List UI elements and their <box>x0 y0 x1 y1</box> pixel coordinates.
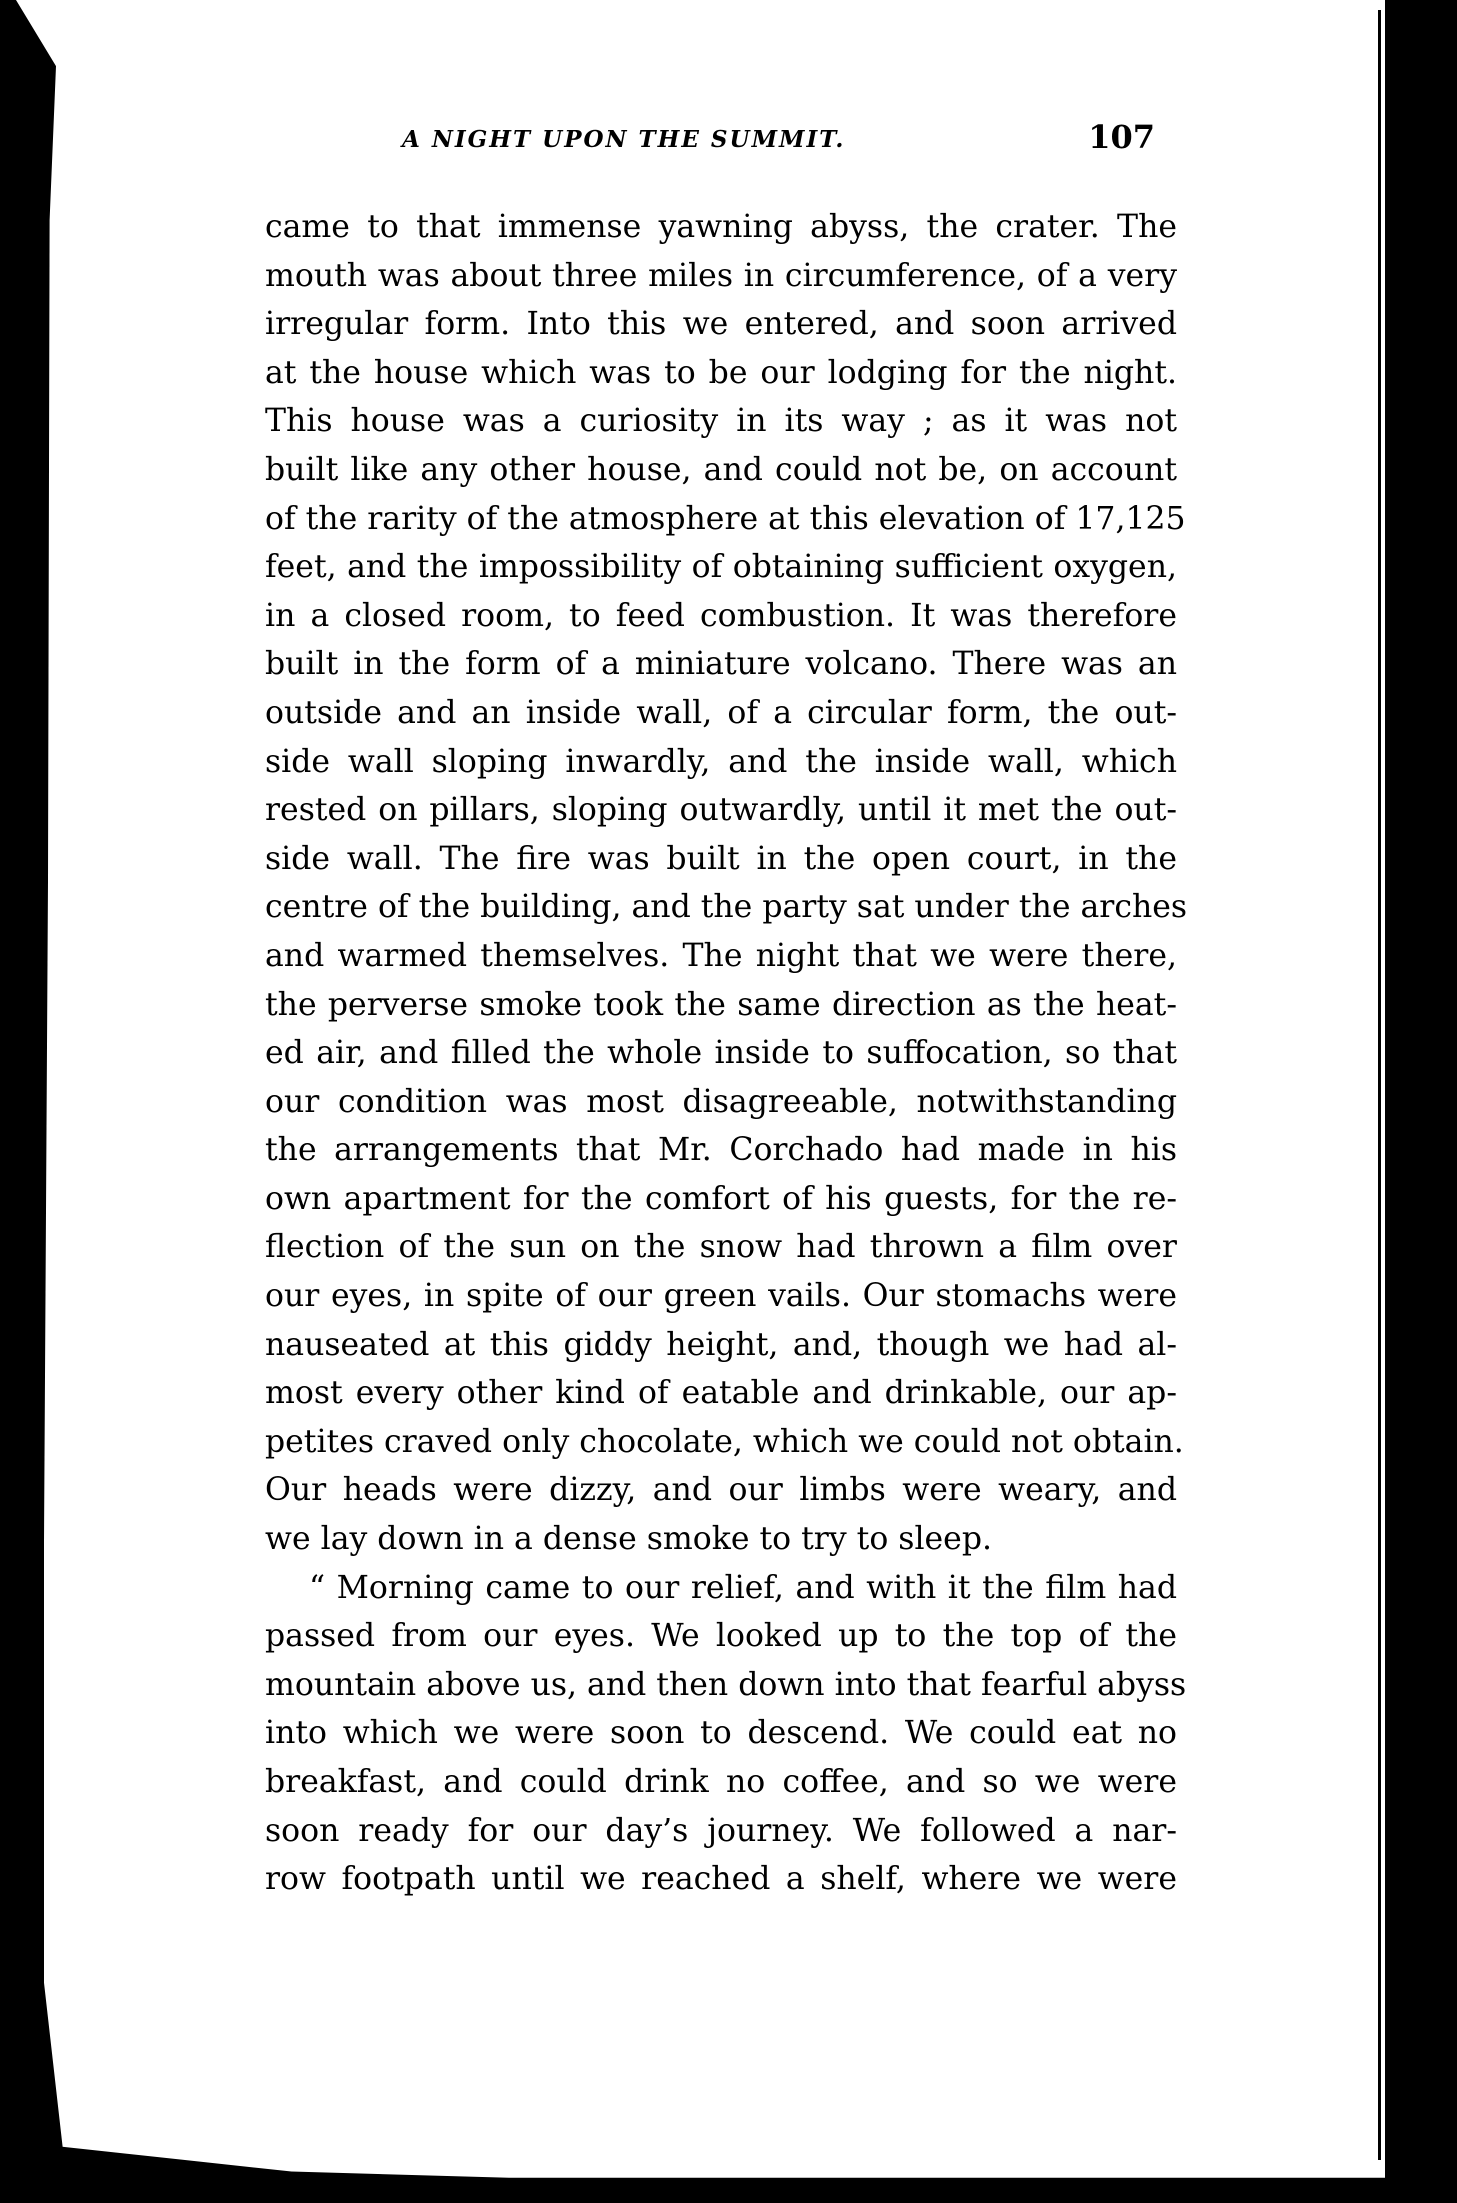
text-line: soon ready for our day’s journey. We fol… <box>265 1807 1177 1856</box>
text-line: centre of the building, and the party sa… <box>265 883 1177 932</box>
text-line: Our heads were dizzy, and our limbs were… <box>265 1466 1177 1515</box>
scan-border-left <box>0 0 80 2203</box>
text-line: most every other kind of eatable and dri… <box>265 1369 1177 1418</box>
text-line: mountain above us, and then down into th… <box>265 1661 1177 1710</box>
page-number: 107 <box>1088 118 1155 156</box>
text-line: built in the form of a miniature volcano… <box>265 640 1177 689</box>
text-line: the arrangements that Mr. Corchado had m… <box>265 1126 1177 1175</box>
text-line: built like any other house, and could no… <box>265 446 1177 495</box>
text-line: breakfast, and could drink no coffee, an… <box>265 1758 1177 1807</box>
text-line: mouth was about three miles in circumfer… <box>265 252 1177 301</box>
text-line: feet, and the impossibility of obtaining… <box>265 543 1177 592</box>
scan-border-bottom <box>0 2140 1457 2203</box>
text-line: our condition was most disagreeable, not… <box>265 1078 1177 1127</box>
running-head: A Night upon the Summit. 107 <box>265 118 1177 158</box>
text-line: irregular form. Into this we entered, an… <box>265 300 1177 349</box>
text-line: the perverse smoke took the same directi… <box>265 981 1177 1030</box>
running-title: A Night upon the Summit. <box>402 126 845 153</box>
text-line: This house was a curiosity in its way ; … <box>265 397 1177 446</box>
scan-edge-line <box>1378 10 1381 2160</box>
text-line: rested on pillars, sloping outwardly, un… <box>265 786 1177 835</box>
scan-border-right <box>1385 0 1457 2203</box>
text-line: own apartment for the comfort of his gue… <box>265 1175 1177 1224</box>
text-line: our eyes, in spite of our green vails. O… <box>265 1272 1177 1321</box>
text-line: at the house which was to be our lodging… <box>265 349 1177 398</box>
text-line: nauseated at this giddy height, and, tho… <box>265 1321 1177 1370</box>
text-line: ed air, and filled the whole inside to s… <box>265 1029 1177 1078</box>
paragraph-start-line: “ Morning came to our relief, and with i… <box>265 1564 1177 1613</box>
text-line: row footpath until we reached a shelf, w… <box>265 1855 1177 1904</box>
text-line: side wall sloping inwardly, and the insi… <box>265 738 1177 787</box>
text-line: and warmed themselves. The night that we… <box>265 932 1177 981</box>
text-line: in a closed room, to feed combustion. It… <box>265 592 1177 641</box>
text-line: of the rarity of the atmosphere at this … <box>265 495 1177 544</box>
paragraph-end-line: we lay down in a dense smoke to try to s… <box>265 1515 1177 1564</box>
text-line: flection of the sun on the snow had thro… <box>265 1223 1177 1272</box>
body-text: came to that immense yawning abyss, the … <box>265 203 1177 1904</box>
text-line: petites craved only chocolate, which we … <box>265 1418 1177 1467</box>
text-line: outside and an inside wall, of a circula… <box>265 689 1177 738</box>
text-line: passed from our eyes. We looked up to th… <box>265 1612 1177 1661</box>
text-line: into which we were soon to descend. We c… <box>265 1709 1177 1758</box>
text-line: side wall. The fire was built in the ope… <box>265 835 1177 884</box>
text-line: came to that immense yawning abyss, the … <box>265 203 1177 252</box>
